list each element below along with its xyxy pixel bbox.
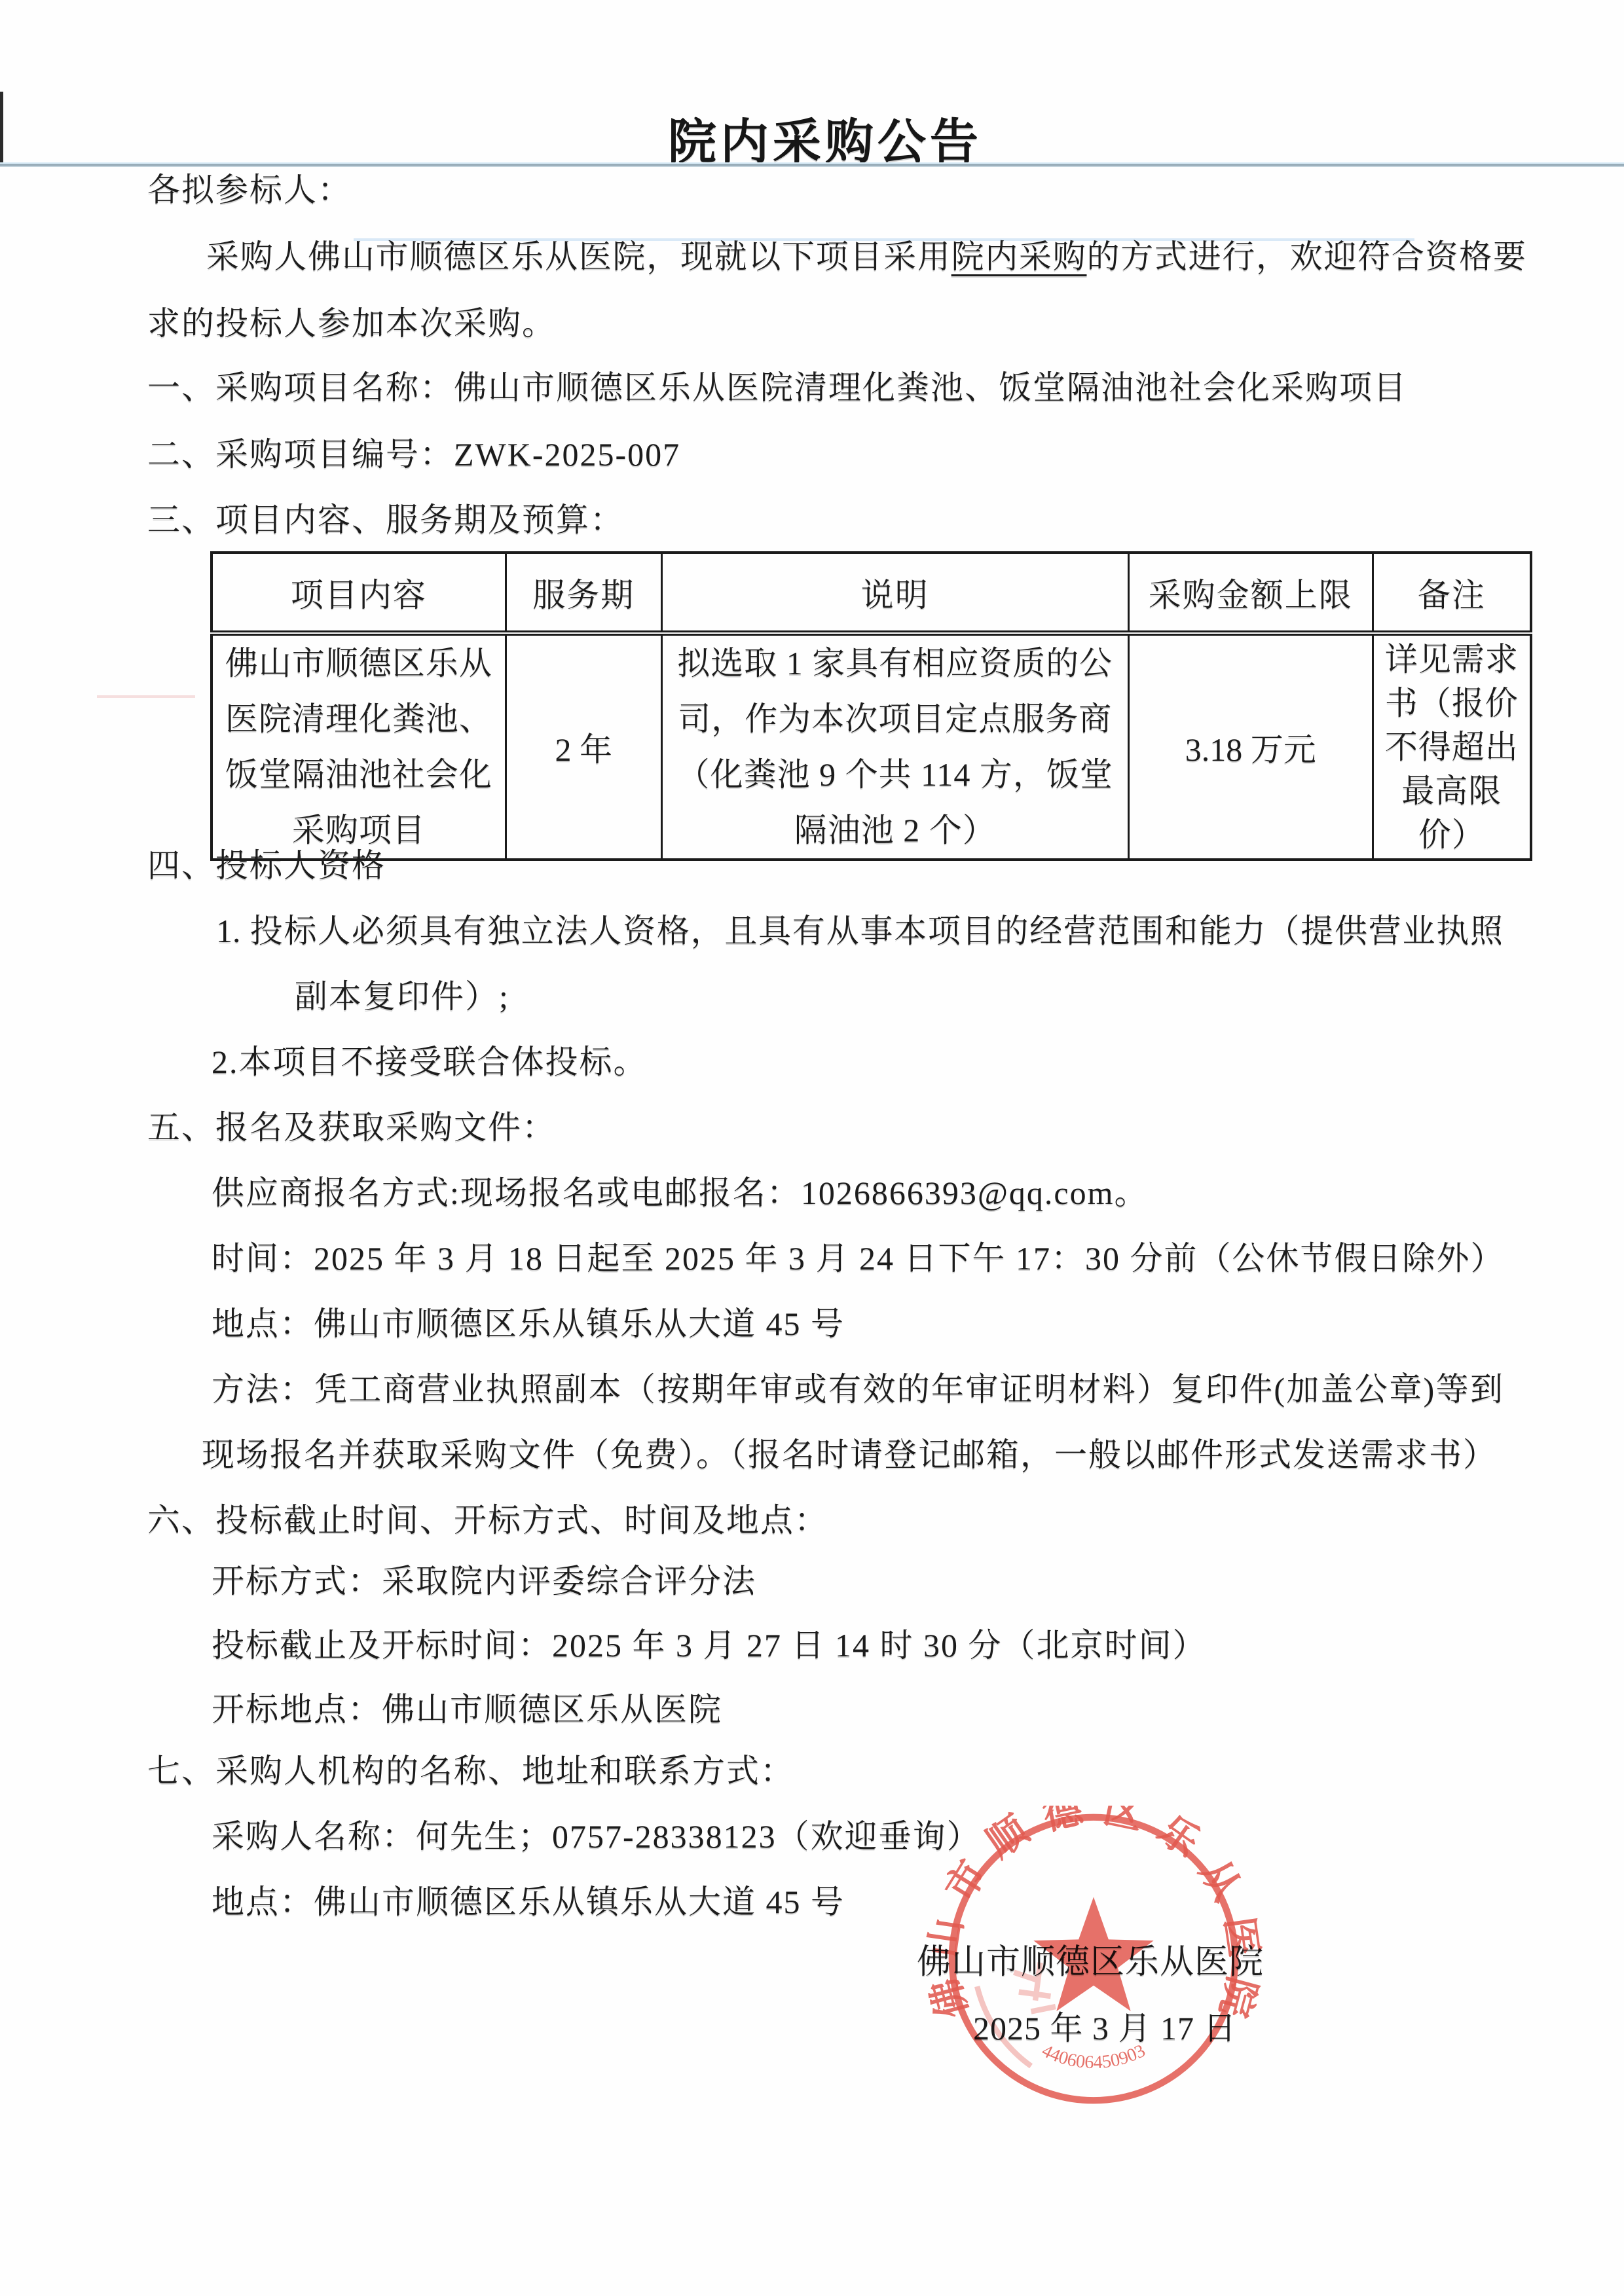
project-info-table: 项目内容 服务期 说明 采购金额上限 备注 佛山市顺德区乐从 医院清理化粪池、 … bbox=[210, 551, 1532, 861]
cell-service-period: 2 年 bbox=[506, 633, 661, 860]
intro-line-2: 求的投标人参加本次采购。 bbox=[147, 291, 556, 356]
section-6-heading: 六、投标截止时间、开标方式、时间及地点： bbox=[147, 1487, 828, 1553]
seal-serial-number: 440606450903 bbox=[1039, 2041, 1149, 2073]
bid-open-method: 开标方式：采取院内评委综合评分法 bbox=[212, 1548, 756, 1614]
registration-place: 地点：佛山市顺德区乐从镇乐从大道 45 号 bbox=[212, 1291, 845, 1357]
official-red-seal: 佛山市顺德区乐从医院 440606450903 bbox=[925, 1806, 1263, 2112]
cell-remark: 详见需求 书（报价 不得超出 最高限 价） bbox=[1373, 633, 1531, 860]
seal-ghost-strokes bbox=[1014, 1963, 1056, 2012]
intro-line-1: 采购人佛山市顺德区乐从医院，现就以下项目采用院内采购的方式进行，欢迎符合资格要 bbox=[206, 224, 1526, 289]
registration-time: 时间：2025 年 3 月 18 日起至 2025 年 3 月 24 日下午 1… bbox=[212, 1226, 1505, 1291]
section-5-heading: 五、报名及获取采购文件： bbox=[147, 1095, 556, 1160]
cell-project-content: 佛山市顺德区乐从 医院清理化粪池、 饭堂隔油池社会化 采购项目 bbox=[212, 633, 506, 860]
section-1-project-name: 一、采购项目名称：佛山市顺德区乐从医院清理化粪池、饭堂隔油池社会化采购项目 bbox=[147, 355, 1407, 420]
section-4-heading: 四、投标人资格 bbox=[147, 833, 386, 898]
bid-open-place: 开标地点：佛山市顺德区乐从医院 bbox=[212, 1677, 722, 1742]
qualification-item1-line2: 副本复印件）; bbox=[295, 964, 509, 1029]
header-remark: 备注 bbox=[1373, 553, 1531, 633]
registration-how-line2: 现场报名并获取采购文件（免费）。（报名时请登记邮箱，一般以邮件形式发送需求书） bbox=[202, 1422, 1497, 1487]
contact-name: 采购人名称：何先生；0757-28338123（欢迎垂询） bbox=[212, 1804, 981, 1869]
cell-description: 拟选取 1 家具有相应资质的公 司，作为本次项目定点服务商 （化粪池 9 个共 … bbox=[661, 633, 1128, 860]
header-description: 说明 bbox=[661, 553, 1128, 633]
section-7-heading: 七、采购人机构的名称、地址和联系方式： bbox=[147, 1738, 794, 1804]
intro-pre: 采购人佛山市顺德区乐从医院，现就以下项目采用 bbox=[206, 238, 951, 275]
qualification-item1-line1: 1. 投标人必须具有独立法人资格，且具有从事本项目的经营范围和能力（提供营业执照 bbox=[216, 898, 1503, 964]
header-budget-cap: 采购金额上限 bbox=[1128, 553, 1373, 633]
scan-streak-artifact bbox=[97, 695, 195, 698]
header-service-period: 服务期 bbox=[506, 553, 661, 633]
qualification-item2: 2.本项目不接受联合体投标。 bbox=[212, 1029, 648, 1095]
section-2-project-number: 二、采购项目编号：ZWK-2025-007 bbox=[147, 422, 680, 487]
table-header-row: 项目内容 服务期 说明 采购金额上限 备注 bbox=[212, 553, 1531, 633]
registration-method: 供应商报名方式:现场报名或电邮报名：1026866393@qq.com。 bbox=[212, 1160, 1149, 1226]
svg-text:440606450903: 440606450903 bbox=[1039, 2041, 1149, 2073]
section-3-heading: 三、项目内容、服务期及预算： bbox=[147, 487, 624, 553]
document-page: 院内采购公告 各拟参标人： 采购人佛山市顺德区乐从医院，现就以下项目采用院内采购… bbox=[0, 0, 1624, 2296]
bid-deadline: 投标截止及开标时间：2025 年 3 月 27 日 14 时 30 分（北京时间… bbox=[212, 1613, 1207, 1678]
header-project-content: 项目内容 bbox=[212, 553, 506, 633]
intro-underlined-term: 院内采购 bbox=[951, 238, 1087, 275]
seal-star-icon bbox=[1033, 1897, 1153, 2011]
contact-address: 地点：佛山市顺德区乐从镇乐从大道 45 号 bbox=[212, 1869, 845, 1935]
salutation: 各拟参标人： bbox=[147, 157, 352, 223]
cell-budget: 3.18 万元 bbox=[1128, 633, 1373, 860]
intro-post: 的方式进行，欢迎符合资格要 bbox=[1086, 238, 1526, 275]
table-row: 佛山市顺德区乐从 医院清理化粪池、 饭堂隔油池社会化 采购项目 2 年 拟选取 … bbox=[212, 633, 1531, 860]
registration-how-line1: 方法：凭工商营业执照副本（按期年审或有效的年审证明材料）复印件(加盖公章)等到 bbox=[212, 1357, 1503, 1422]
